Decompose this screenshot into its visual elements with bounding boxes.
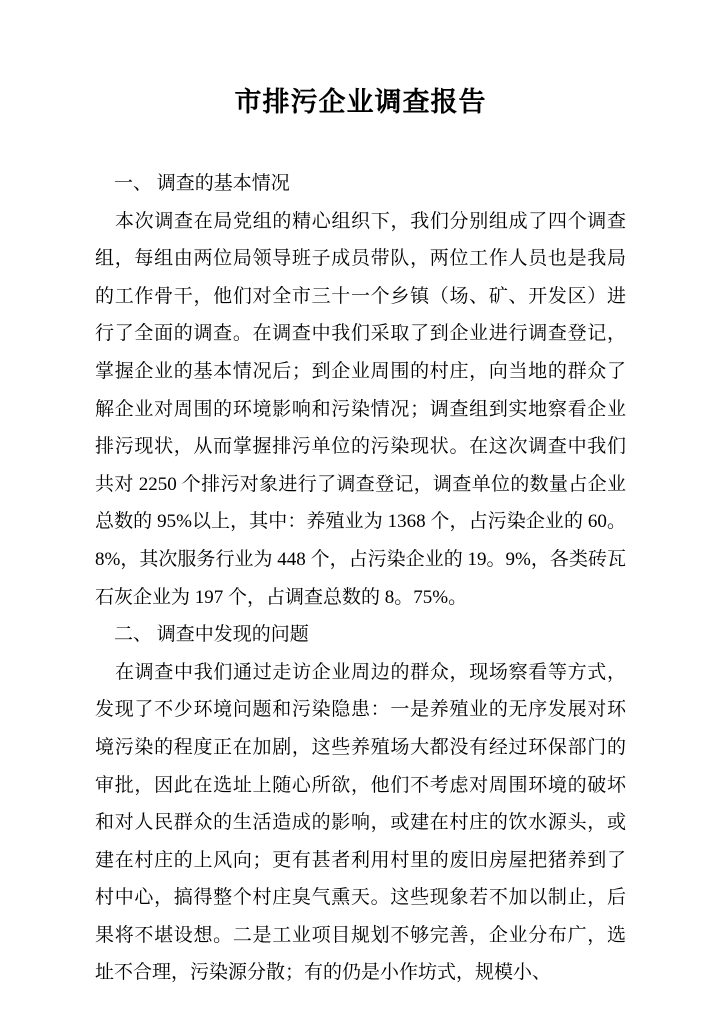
section-1-heading: 一、 调查的基本情况 <box>95 165 626 203</box>
document-page: 市排污企业调查报告 一、 调查的基本情况 本次调查在局党组的精心组织下，我们分别… <box>0 0 721 1020</box>
section-2-heading: 二、 调查中发现的问题 <box>95 616 626 654</box>
document-body: 市排污企业调查报告 一、 调查的基本情况 本次调查在局党组的精心组织下，我们分别… <box>95 0 626 992</box>
document-text-block: 一、 调查的基本情况 本次调查在局党组的精心组织下，我们分别组成了四个调查组，每… <box>95 165 626 992</box>
document-title: 市排污企业调查报告 <box>95 0 626 118</box>
page-number: 1 <box>0 927 721 947</box>
section-1-paragraph: 本次调查在局党组的精心组织下，我们分别组成了四个调查组，每组由两位局领导班子成员… <box>95 203 626 617</box>
